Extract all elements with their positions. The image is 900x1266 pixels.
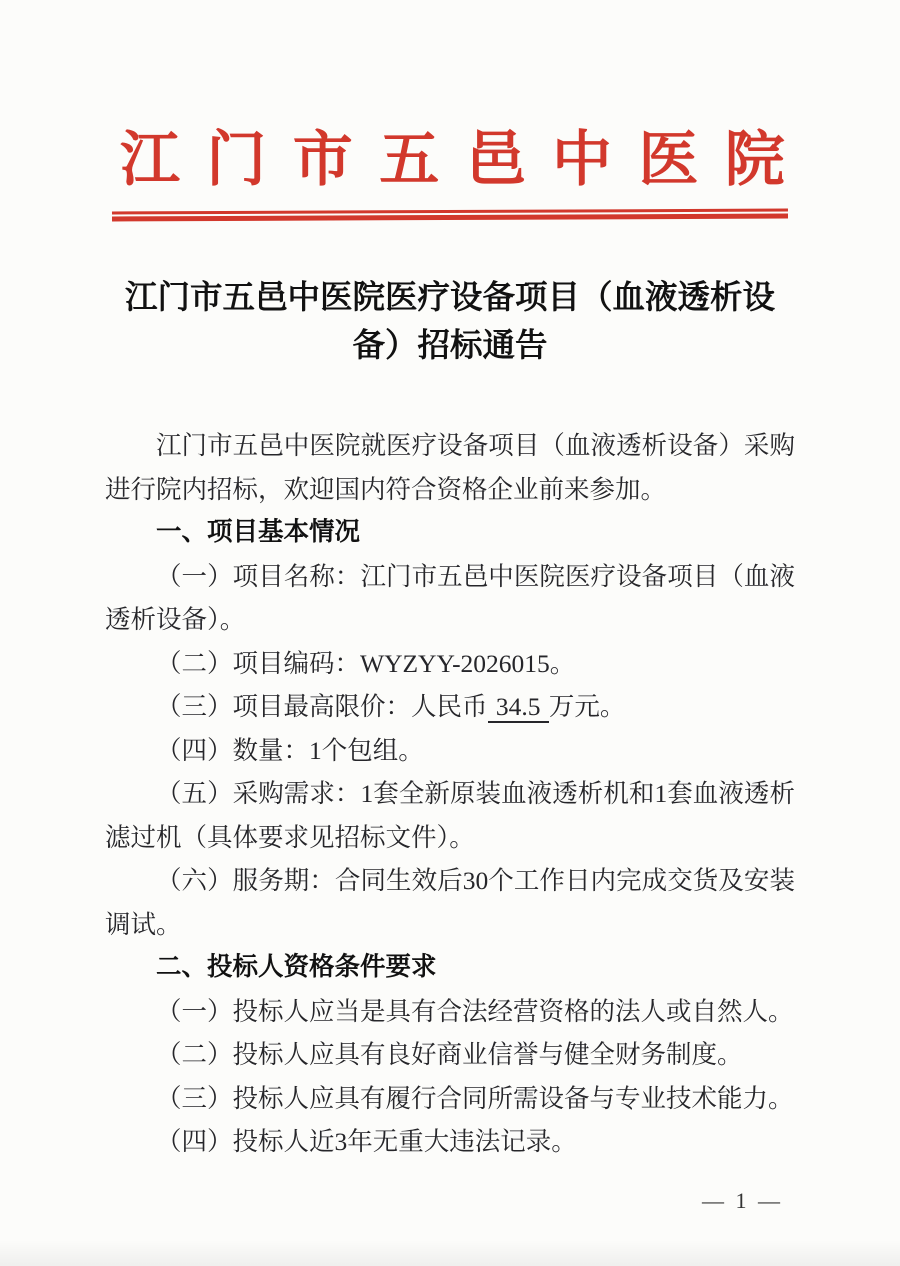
document-paragraph: （二）投标人应具有良好商业信誉与健全财务制度。 (105, 1033, 795, 1077)
paragraph-text: （三）项目最高限价：人民币 (156, 692, 488, 721)
section-heading: 一、项目基本情况 (105, 511, 795, 555)
org-name: 江门市五邑中医院 (120, 126, 788, 195)
document-paragraph: （一）投标人应当是具有合法经营资格的法人或自然人。 (105, 990, 795, 1034)
document-paragraph: （一）项目名称：江门市五邑中医院医疗设备项目（血液透析设备）。 (105, 555, 795, 642)
document-paragraph: （三）项目最高限价：人民币 34.5 万元。 (105, 685, 795, 729)
document-paragraph: （四）投标人近3年无重大违法记录。 (105, 1120, 795, 1164)
paragraph-text: 万元。 (549, 692, 626, 721)
underlined-value: 34.5 (488, 692, 549, 723)
document-page: 江门市五邑中医院 江门市五邑中医院医疗设备项目（血液透析设备）招标通告 江门市五… (0, 0, 900, 1266)
document-paragraph: （六）服务期：合同生效后30个工作日内完成交货及安装调试。 (105, 859, 795, 946)
document-paragraph: （五）采购需求：1套全新原装血液透析机和1套血液透析滤过机（具体要求见招标文件）… (105, 772, 795, 859)
document-body: 江门市五邑中医院就医疗设备项目（血液透析设备）采购进行院内招标，欢迎国内符合资格… (0, 424, 900, 1164)
intro-paragraph: 江门市五邑中医院就医疗设备项目（血液透析设备）采购进行院内招标，欢迎国内符合资格… (105, 424, 795, 511)
document-title: 江门市五邑中医院医疗设备项目（血液透析设备）招标通告 (119, 274, 781, 370)
letterhead-rule-divider (112, 209, 788, 222)
section-heading: 二、投标人资格条件要求 (105, 946, 795, 990)
document-paragraph: （四）数量：1个包组。 (105, 729, 795, 773)
document-paragraph: （二）项目编码：WYZYY-2026015。 (105, 642, 795, 686)
page-number: — 1 — (702, 1188, 783, 1214)
letterhead: 江门市五邑中医院 (0, 0, 900, 220)
document-paragraph: （三）投标人应具有履行合同所需设备与专业技术能力。 (105, 1077, 795, 1121)
